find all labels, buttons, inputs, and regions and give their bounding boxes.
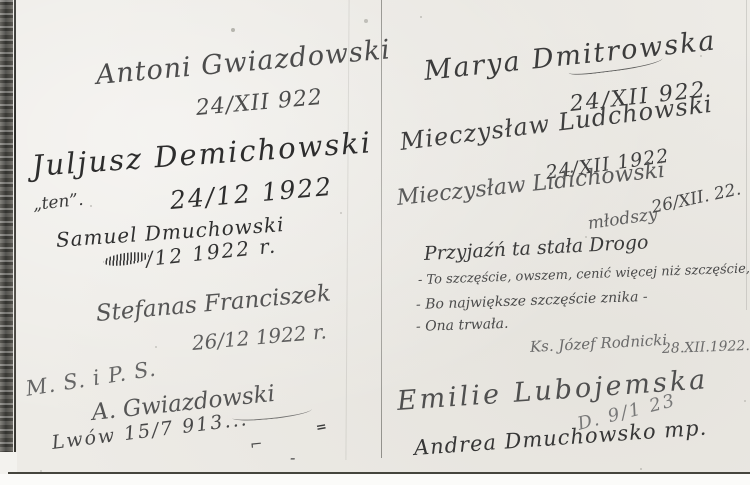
signature-ks-jozef-rodnicki: Ks. Józef Rodnicki: [530, 333, 668, 355]
scanned-album-page: Antoni Gwiazdowski 24/XII 922 Juljusz De…: [0, 0, 750, 485]
signature-marya-dmitrowska: Marya Dmitrowska: [423, 27, 718, 85]
stray-pen-mark: -: [290, 450, 295, 466]
date-ks-jozef-rodnicki: 28.XII.1922.: [662, 339, 750, 356]
binding-edge-line: [14, 0, 16, 456]
date-juljusz-demichowski: 24/12 1922: [169, 174, 334, 213]
stray-pen-mark: ⌐: [249, 437, 263, 453]
verse-line-3: - Bo największe szczęście znika -: [416, 290, 648, 312]
stray-pen-mark: =: [315, 420, 328, 435]
verse-line-2: - To szczęście, owszem, cenić więcej niż…: [418, 262, 750, 287]
scan-bottom-margin: [0, 474, 750, 485]
signature-mieczyslaw-lidichowski: Mieczysław Lidichowski: [396, 160, 666, 210]
note-ten: „ten”.: [32, 192, 84, 214]
binding-bottom-gap: [0, 452, 17, 474]
date-antoni-gwiazdowski: 24/XII 922: [195, 87, 324, 120]
book-binding-strip: [0, 0, 13, 452]
verse-line-1: Przyjaźń ta stała Drogo: [424, 233, 649, 264]
signature-andrea-dmuchowsko: Andrea Dmuchowsko mp.: [413, 418, 708, 459]
paper-specks: [0, 0, 2, 2]
date-stefanas-franciszek: 26/12 1922 r.: [191, 321, 327, 353]
signature-stefanas-franciszek: Stefanas Franciszek: [95, 283, 332, 326]
note-mlodszy: młodszy: [587, 206, 659, 233]
verse-line-4: - Ona trwała.: [416, 317, 509, 334]
initials-ms-i-ps: M. S. i P. S.: [24, 359, 157, 400]
ink-scribble: [102, 250, 149, 268]
page-fold-line: [381, 0, 382, 458]
date-mieczyslaw-lidichowski: 26/XII. 22.: [650, 181, 742, 216]
